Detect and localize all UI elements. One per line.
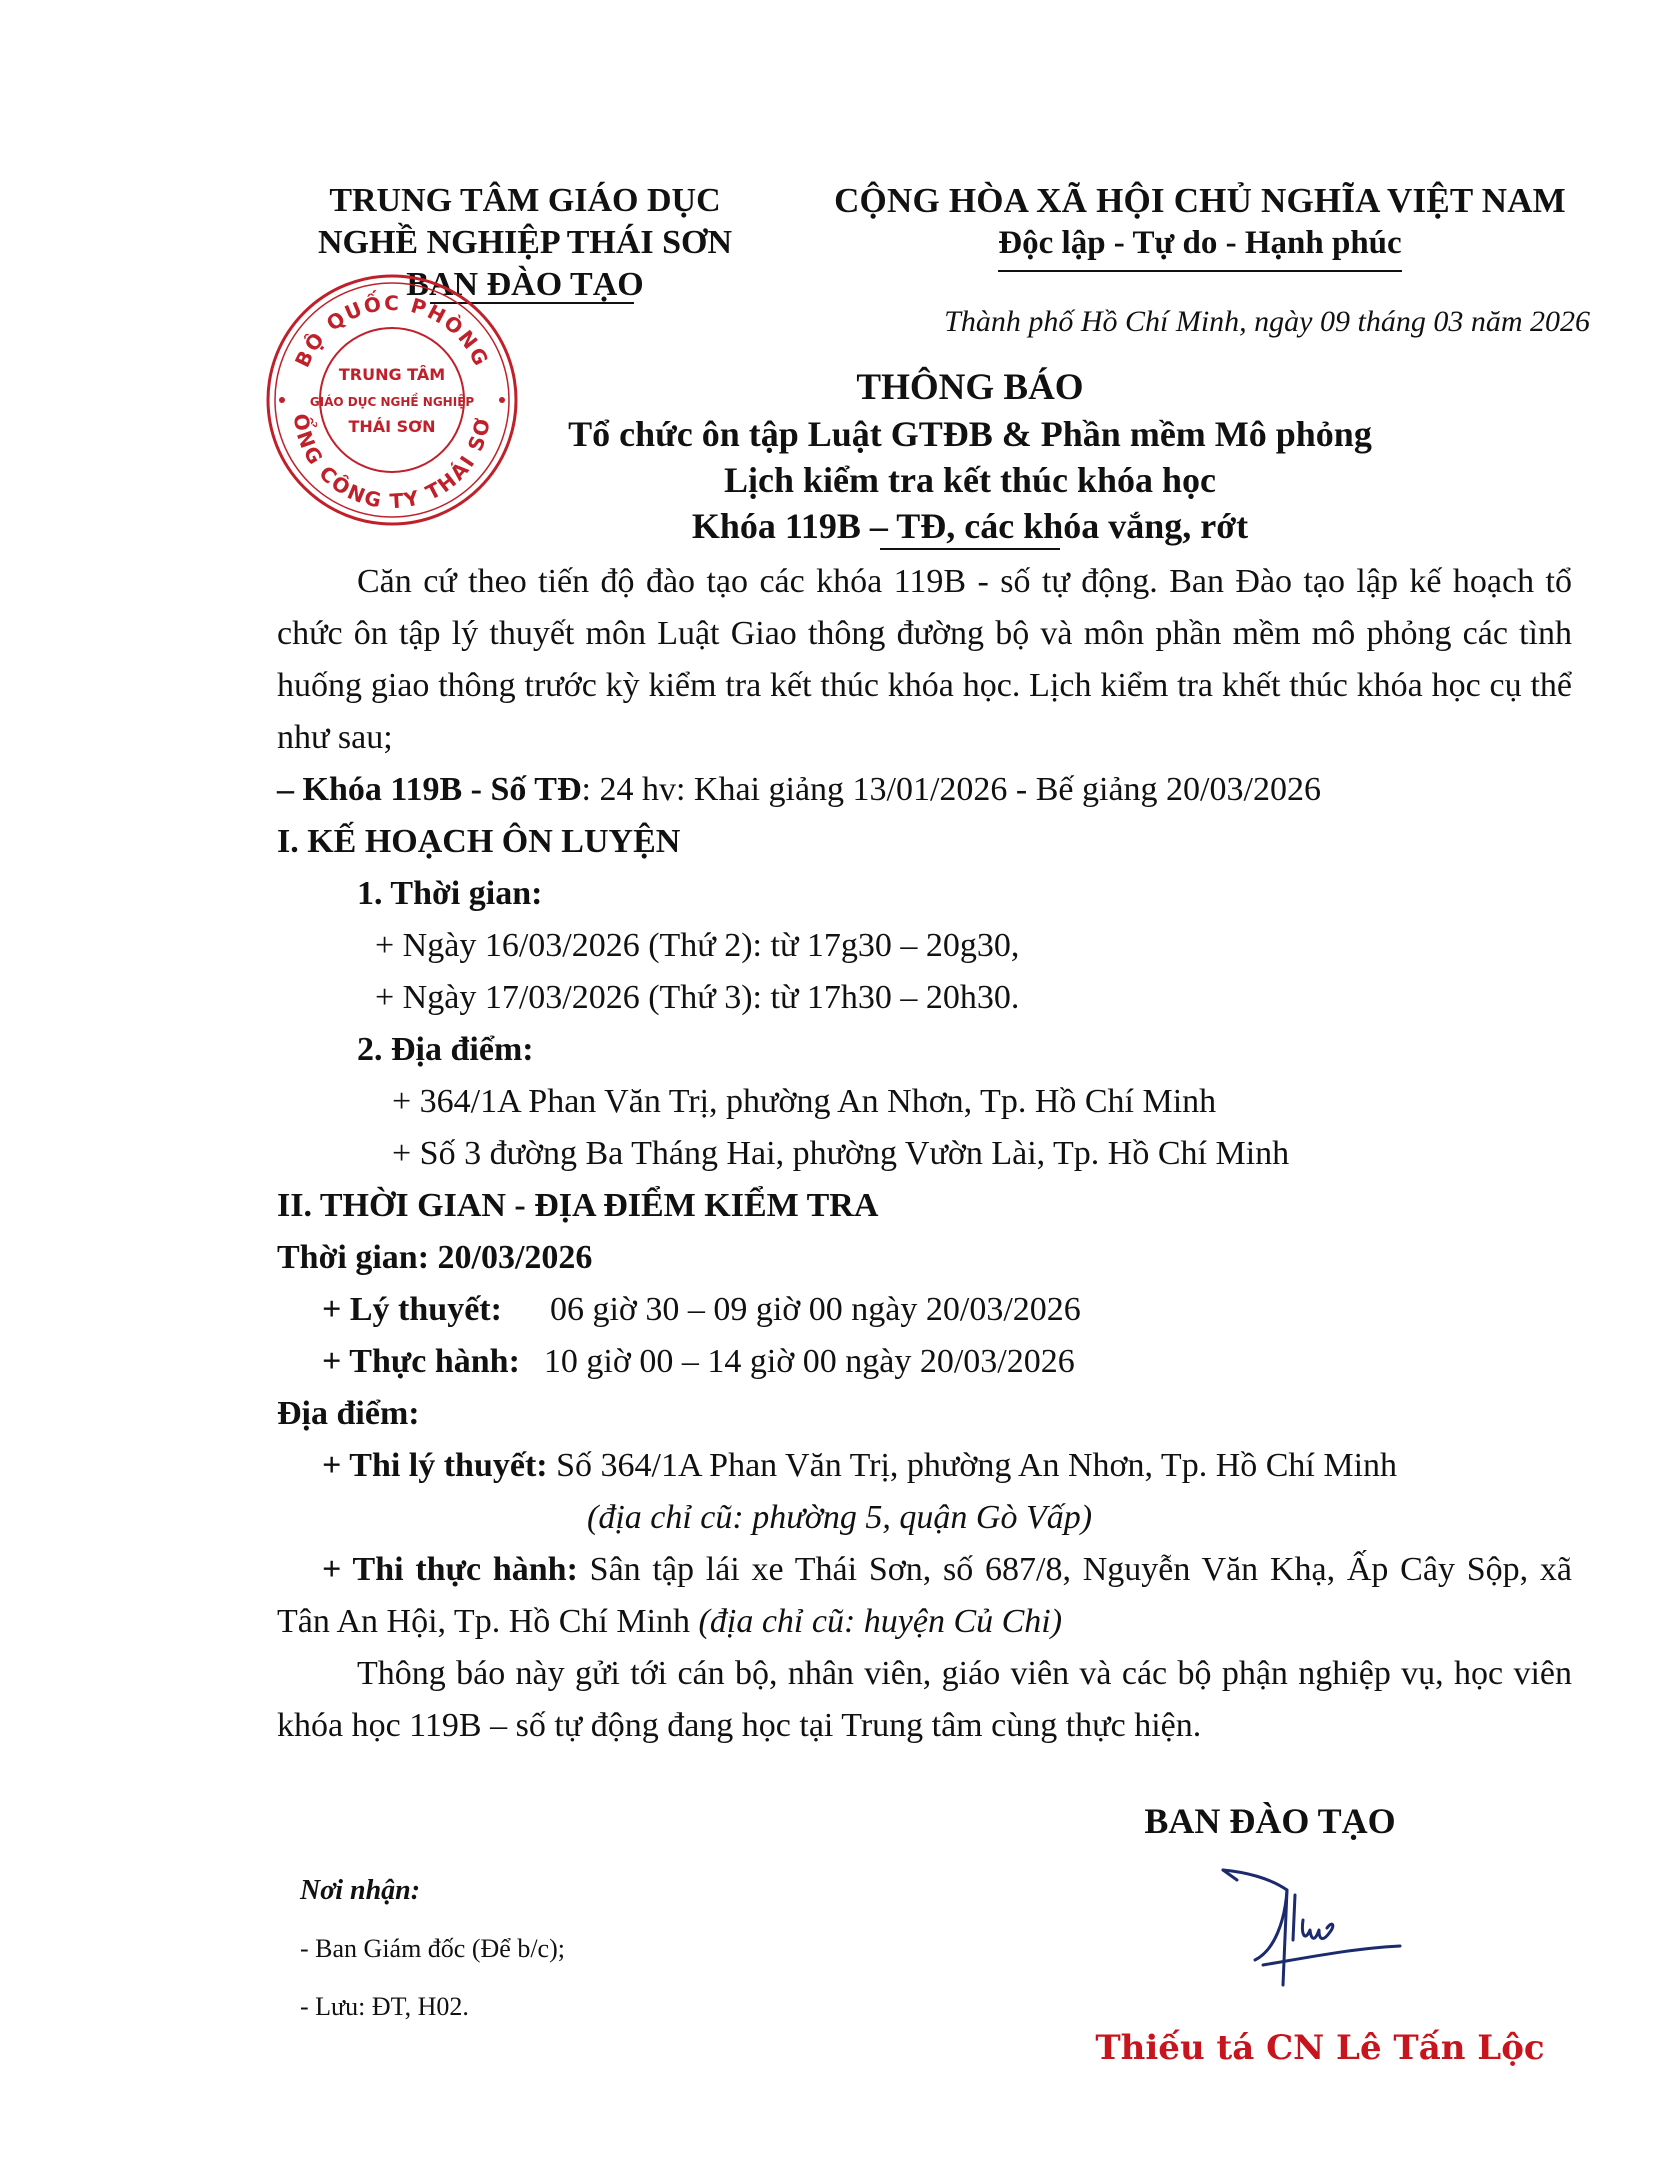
theory-exam-old-address: (địa chỉ cũ: phường 5, quận Gò Vấp) [277,1492,1572,1544]
signer-name: Thiếu tá CN Lê Tấn Lộc [1080,2028,1560,2068]
theory-exam-place: + Thi lý thuyết: Số 364/1A Phan Văn Trị,… [277,1440,1572,1492]
recipients-block: Nơi nhận: - Ban Giám đốc (Để b/c); - Lưu… [300,1862,565,2036]
exam-schedule-value: 06 giờ 30 – 09 giờ 00 ngày 20/03/2026 [550,1291,1081,1328]
official-seal-stamp-icon: BỘ QUỐC PHÒNG TỔNG CÔNG TY THÁI SƠN TRUN… [262,270,522,530]
title-line-1: Tổ chức ôn tập Luật GTĐB & Phần mềm Mô p… [540,411,1400,457]
exam-schedule-label: + Thực hành: [322,1343,520,1380]
practice-exam-place: + Thi thực hành: Sân tập lái xe Thái Sơn… [277,1544,1572,1648]
exam-schedule-item: + Lý thuyết:06 giờ 30 – 09 giờ 00 ngày 2… [277,1284,1572,1336]
review-place-item: + 364/1A Phan Văn Trị, phường An Nhơn, T… [277,1076,1572,1128]
review-place-item: + Số 3 đường Ba Tháng Hai, phường Vườn L… [277,1128,1572,1180]
section-1-place-heading: 2. Địa điểm: [277,1024,1572,1076]
title-line-2: Lịch kiểm tra kết thúc khóa học [540,457,1400,503]
document-body: Căn cứ theo tiến độ đào tạo các khóa 119… [277,556,1572,1752]
section-2-title: II. THỜI GIAN - ĐỊA ĐIỂM KIỂM TRA [277,1180,1572,1232]
svg-text:TRUNG TÂM: TRUNG TÂM [339,365,445,384]
review-time-item: + Ngày 17/03/2026 (Thứ 3): từ 17h30 – 20… [277,972,1572,1024]
course-info: – Khóa 119B - Số TĐ: 24 hv: Khai giảng 1… [277,764,1572,816]
exam-schedule-item: + Thực hành:10 giờ 00 – 14 giờ 00 ngày 2… [277,1336,1572,1388]
org-name-line2: NGHỀ NGHIỆP THÁI SƠN [285,222,765,264]
exam-schedule-value: 10 giờ 00 – 14 giờ 00 ngày 20/03/2026 [544,1343,1075,1380]
course-detail: : 24 hv: Khai giảng 13/01/2026 - Bế giản… [582,771,1321,808]
document-title: THÔNG BÁO Tổ chức ôn tập Luật GTĐB & Phầ… [540,365,1400,549]
handwritten-signature-icon [1215,1860,1405,1990]
recipients-heading: Nơi nhận: [300,1862,565,1920]
theory-exam-label: + Thi lý thuyết: [322,1447,548,1484]
recipient-item: - Lưu: ĐT, H02. [300,1978,565,2036]
national-header: CỘNG HÒA XÃ HỘI CHỦ NGHĨA VIỆT NAM Độc l… [800,180,1600,272]
intro-paragraph: Căn cứ theo tiến độ đào tạo các khóa 119… [277,556,1572,764]
closing-paragraph: Thông báo này gửi tới cán bộ, nhân viên,… [277,1648,1572,1752]
org-name-line1: TRUNG TÂM GIÁO DỤC [285,180,765,222]
section-1-title: I. KẾ HOẠCH ÔN LUYỆN [277,816,1572,868]
svg-text:BỘ QUỐC PHÒNG: BỘ QUỐC PHÒNG [290,289,494,371]
nation-name: CỘNG HÒA XÃ HỘI CHỦ NGHĨA VIỆT NAM [800,180,1600,222]
recipient-item: - Ban Giám đốc (Để b/c); [300,1920,565,1978]
svg-text:THÁI SƠN: THÁI SƠN [348,417,435,436]
practice-exam-old-address: (địa chỉ cũ: huyện Củ Chi) [699,1603,1063,1640]
exam-date: Thời gian: 20/03/2026 [277,1232,1572,1284]
theory-exam-address: Số 364/1A Phan Văn Trị, phường An Nhơn, … [556,1447,1397,1484]
course-label: – Khóa 119B - Số TĐ [277,771,582,808]
place-and-date: Thành phố Hồ Chí Minh, ngày 09 tháng 03 … [800,305,1590,339]
title-divider [880,548,1060,550]
exam-place-heading: Địa điểm: [277,1388,1572,1440]
practice-exam-label: + Thi thực hành: [322,1551,578,1588]
signing-department: BAN ĐÀO TẠO [1120,1800,1420,1842]
exam-schedule-label: + Lý thuyết: [322,1291,502,1328]
title-line-3: Khóa 119B – TĐ, các khóa vắng, rớt [540,503,1400,549]
svg-text:GIÁO DỤC NGHỀ NGHIỆP: GIÁO DỤC NGHỀ NGHIỆP [310,392,475,409]
review-time-item: + Ngày 16/03/2026 (Thứ 2): từ 17g30 – 20… [277,920,1572,972]
title-heading: THÔNG BÁO [540,365,1400,411]
national-motto: Độc lập - Tự do - Hạnh phúc [998,222,1401,272]
section-1-time-heading: 1. Thời gian: [277,868,1572,920]
